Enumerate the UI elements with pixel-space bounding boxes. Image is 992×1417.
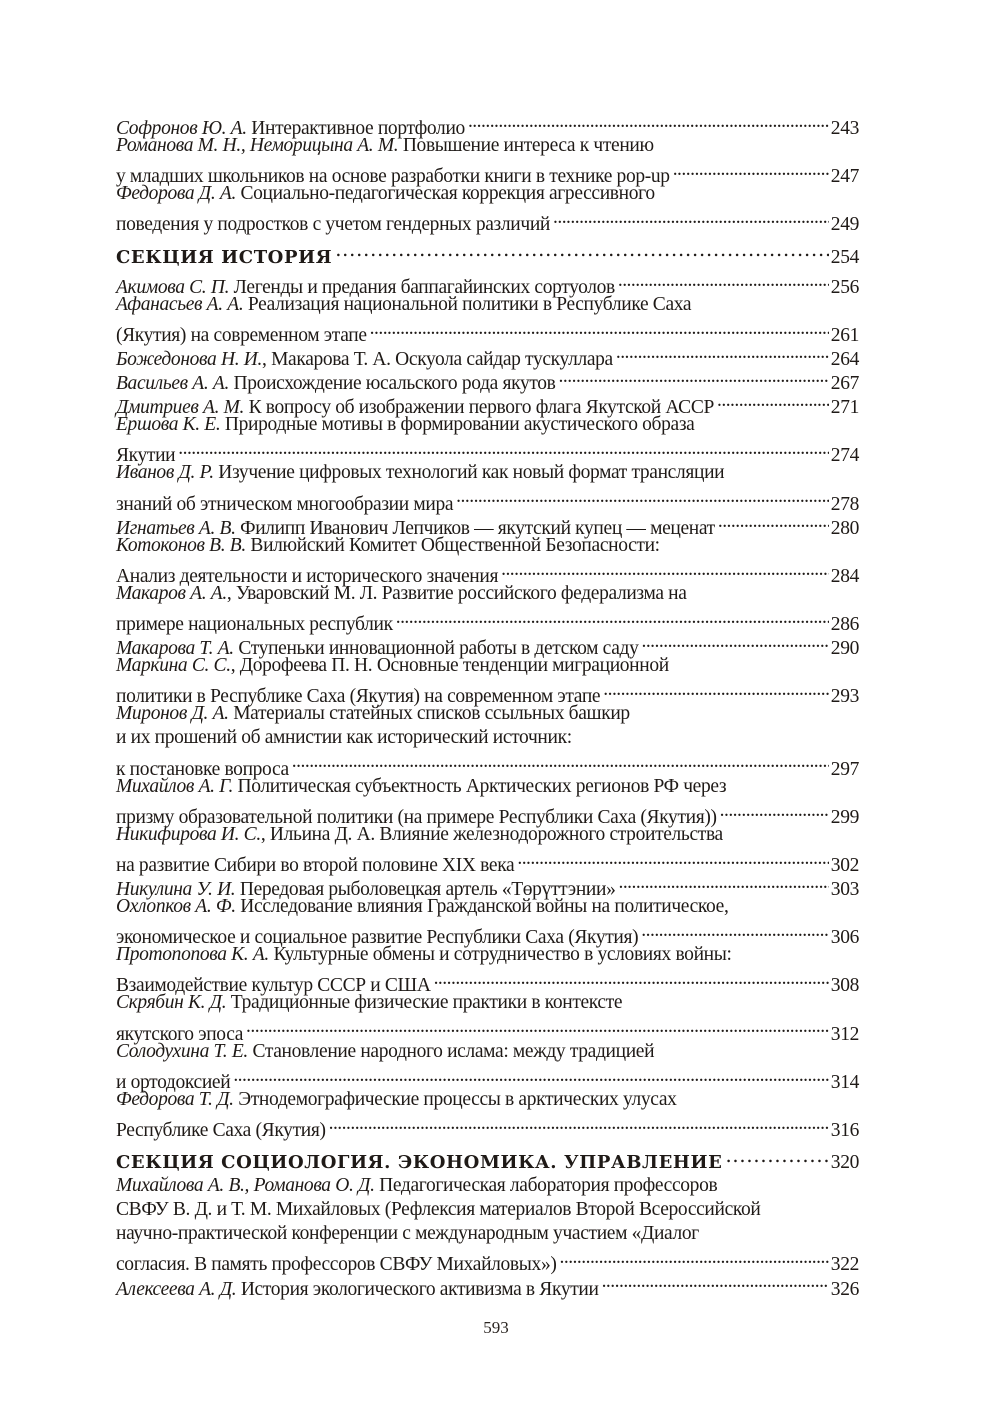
page-ref: 256 [831,276,859,300]
page-ref: 316 [831,1119,859,1143]
toc-entry[interactable]: Михайлова А. В., Романова О. Д. Педагоги… [116,1174,859,1270]
dot-leader [720,799,829,823]
section-heading[interactable]: СЕКЦИЯ СОЦИОЛОГИЯ. ЭКОНОМИКА. УПРАВЛЕНИЕ… [116,1144,859,1168]
dot-leader [641,630,828,654]
page-ref: 267 [831,372,859,396]
entry-title: Культурные обмены и сотрудничество в усл… [273,944,731,965]
toc-entry[interactable]: Протопопова К. А. Культурные обмены и со… [116,943,859,991]
section-title: СЕКЦИЯ ИСТОРИЯ [116,246,332,270]
dot-leader [641,919,829,943]
entry-author: Охлопков А. Ф. [116,896,236,917]
page-ref: 264 [831,348,859,372]
entry-title-continued: поведения у подростков с учетом гендерны… [116,213,550,237]
dot-leader [618,871,828,895]
dot-leader [559,365,829,389]
entry-author: Михайлов А. Г. [116,776,233,797]
page-ref: 308 [831,974,859,998]
dot-leader [370,317,829,341]
page-ref: 302 [831,854,859,878]
dot-leader [233,1064,828,1088]
page-ref: 312 [831,1023,859,1047]
entry-author: Ершова К. Е. [116,414,220,435]
dot-leader [178,437,829,461]
entry-author: Васильев А. А. [116,373,229,394]
dot-leader [618,269,829,293]
page-number: 593 [0,1318,992,1338]
toc-entry[interactable]: Федорова Т. Д. Этнодемографические проце… [116,1088,859,1136]
page-ref: 293 [831,685,859,709]
entry-title: История экологического активизма в Якути… [241,1279,599,1300]
entry-title-continued: Республике Саха (Якутия) [116,1119,326,1143]
page-ref: 299 [831,806,859,830]
dot-leader [468,110,829,134]
page-ref: 320 [831,1151,859,1175]
entry-author: Михайлова А. В., Романова О. Д. [116,1175,375,1196]
entry-title: , Ильина Д. А. Влияние железнодорожного … [261,824,723,845]
entry-title: Педагогическая лаборатория профессоров [379,1175,717,1196]
toc-entry[interactable]: Ершова К. Е. Природные мотивы в формиров… [116,413,859,461]
entry-author: Афанасьев А. А. [116,294,243,315]
page-ref: 261 [831,324,859,348]
toc-entry[interactable]: Маркина С. С., Дорофеева П. Н. Основные … [116,654,859,702]
page-ref: 326 [831,1278,859,1302]
entry-title: Вилюйский Комитет Общественной Безопасно… [250,535,659,556]
dot-leader [553,206,829,230]
entry-title: Реализация национальной политики в Респу… [248,294,691,315]
toc-entry[interactable]: Макаров А. А., Уваровский М. Л. Развитие… [116,582,859,630]
entry-author: Божедонова Н. И. [116,349,262,370]
entry-title-continued: на развитие Сибири во второй половине XI… [116,854,514,878]
entry-title: Повышение интереса к чтению [403,135,654,156]
page-ref: 306 [831,926,859,950]
page-ref: 314 [831,1071,859,1095]
page-ref: 249 [831,213,859,237]
section-heading[interactable]: СЕКЦИЯ ИСТОРИЯ254 [116,238,859,262]
entry-title: Материалы статейных списков ссыльных баш… [233,703,630,724]
entry-author: Алексеева А. Д. [116,1279,236,1300]
entry-title: , Дорофеева П. Н. Основные тенденции миг… [231,655,669,676]
page-ref: 284 [831,565,859,589]
entry-author: Никифирова И. С. [116,824,261,845]
toc-entry[interactable]: Котоконов В. В. Вилюйский Комитет Общест… [116,534,859,582]
entry-title-continued: СВФУ В. Д. и Т. М. Михайловых (Рефлексия… [116,1198,761,1222]
dot-leader [292,750,829,774]
entry-author: Федорова Т. Д. [116,1089,234,1110]
entry-title: Становление народного ислама: между трад… [252,1041,654,1062]
entry-title-continued: и их прошений об амнистии как историческ… [116,726,572,750]
entry-title: Исследование влияния Гражданской войны н… [240,896,728,917]
entry-title-continued: знаний об этническом многообразии мира [116,493,453,517]
dot-leader [725,1144,828,1168]
dot-leader [717,389,829,413]
page-ref: 278 [831,493,859,517]
toc-entry[interactable]: Иванов Д. Р. Изучение цифровых технологи… [116,461,859,509]
toc-entry[interactable]: Федорова Д. А. Социально-педагогическая … [116,182,859,230]
toc-entry[interactable]: Романова М. Н., Неморицына А. М. Повышен… [116,134,859,182]
toc-entry[interactable]: Афанасьев А. А. Реализация национальной … [116,293,859,341]
entry-author: Миронов Д. А. [116,703,229,724]
dot-leader [246,1015,829,1039]
dot-leader [335,238,829,262]
entry-author: Федорова Д. А. [116,183,236,204]
entry-title: Этнодемографические процессы в арктическ… [238,1089,676,1110]
entry-author: Солодухина Т. Е. [116,1041,248,1062]
toc-entry[interactable]: Софронов Ю. А. Интерактивное портфолио24… [116,110,859,134]
page-ref: 254 [831,246,859,270]
entry-author: Котоконов В. В. [116,535,246,556]
dot-leader [603,678,829,702]
entry-author: Маркина С. С. [116,655,231,676]
entry-title: Политическая субъектность Арктических ре… [238,776,727,797]
page-ref: 280 [831,517,859,541]
entry-author: Протопопова К. А. [116,944,269,965]
page-ref: 243 [831,117,859,141]
entry-author: Иванов Д. Р. [116,462,214,483]
page-ref: 286 [831,613,859,637]
page-ref: 271 [831,396,859,420]
dot-leader [434,967,829,991]
entry-title: Происхождение юсальского рода якутов [234,373,556,394]
entry-author: Макаров А. А. [116,583,227,604]
page-ref: 297 [831,758,859,782]
dot-leader [517,847,828,871]
entry-title-continued: согласия. В память профессоров СВФУ Миха… [116,1253,557,1277]
toc-entry[interactable]: Солодухина Т. Е. Становление народного и… [116,1040,859,1088]
page-ref: 247 [831,165,859,189]
page-ref: 274 [831,444,859,468]
entry-title-continued: (Якутия) на современном этапе [116,324,367,348]
entry-title: Социально-педагогическая коррекция агрес… [241,183,655,204]
dot-leader [560,1246,829,1270]
entry-title: Традиционные физические практики в конте… [231,992,622,1013]
table-of-contents: Софронов Ю. А. Интерактивное портфолио24… [116,110,859,1295]
dot-leader [718,510,829,534]
page-ref: 322 [831,1253,859,1277]
toc-entry[interactable]: Миронов Д. А. Материалы статейных списко… [116,702,859,774]
dot-leader [616,341,829,365]
toc-entry[interactable]: Акимова С. П. Легенды и предания баппага… [116,269,859,293]
dot-leader [673,158,829,182]
page-ref: 303 [831,878,859,902]
dot-leader [602,1270,829,1294]
toc-entry[interactable]: Никифирова И. С., Ильина Д. А. Влияние ж… [116,823,859,871]
page-ref: 290 [831,637,859,661]
dot-leader [456,485,829,509]
entry-title-continued: примере национальных республик [116,613,393,637]
entry-author: Скрябин К. Д. [116,992,226,1013]
entry-title: Изучение цифровых технологий как новый ф… [218,462,724,483]
dot-leader [329,1112,829,1136]
entry-title: , Уваровский М. Л. Развитие российского … [227,583,687,604]
dot-leader [501,558,829,582]
section-title: СЕКЦИЯ СОЦИОЛОГИЯ. ЭКОНОМИКА. УПРАВЛЕНИЕ [116,1151,722,1175]
entry-title: Природные мотивы в формировании акустиче… [225,414,695,435]
entry-author: Романова М. Н., Неморицына А. М. [116,135,398,156]
toc-entry[interactable]: Охлопков А. Ф. Исследование влияния Граж… [116,895,859,943]
dot-leader [396,606,829,630]
toc-entry[interactable]: Михайлов А. Г. Политическая субъектность… [116,775,859,823]
toc-entry[interactable]: Скрябин К. Д. Традиционные физические пр… [116,991,859,1039]
entry-title-continued: научно-практической конференции с междун… [116,1222,699,1246]
